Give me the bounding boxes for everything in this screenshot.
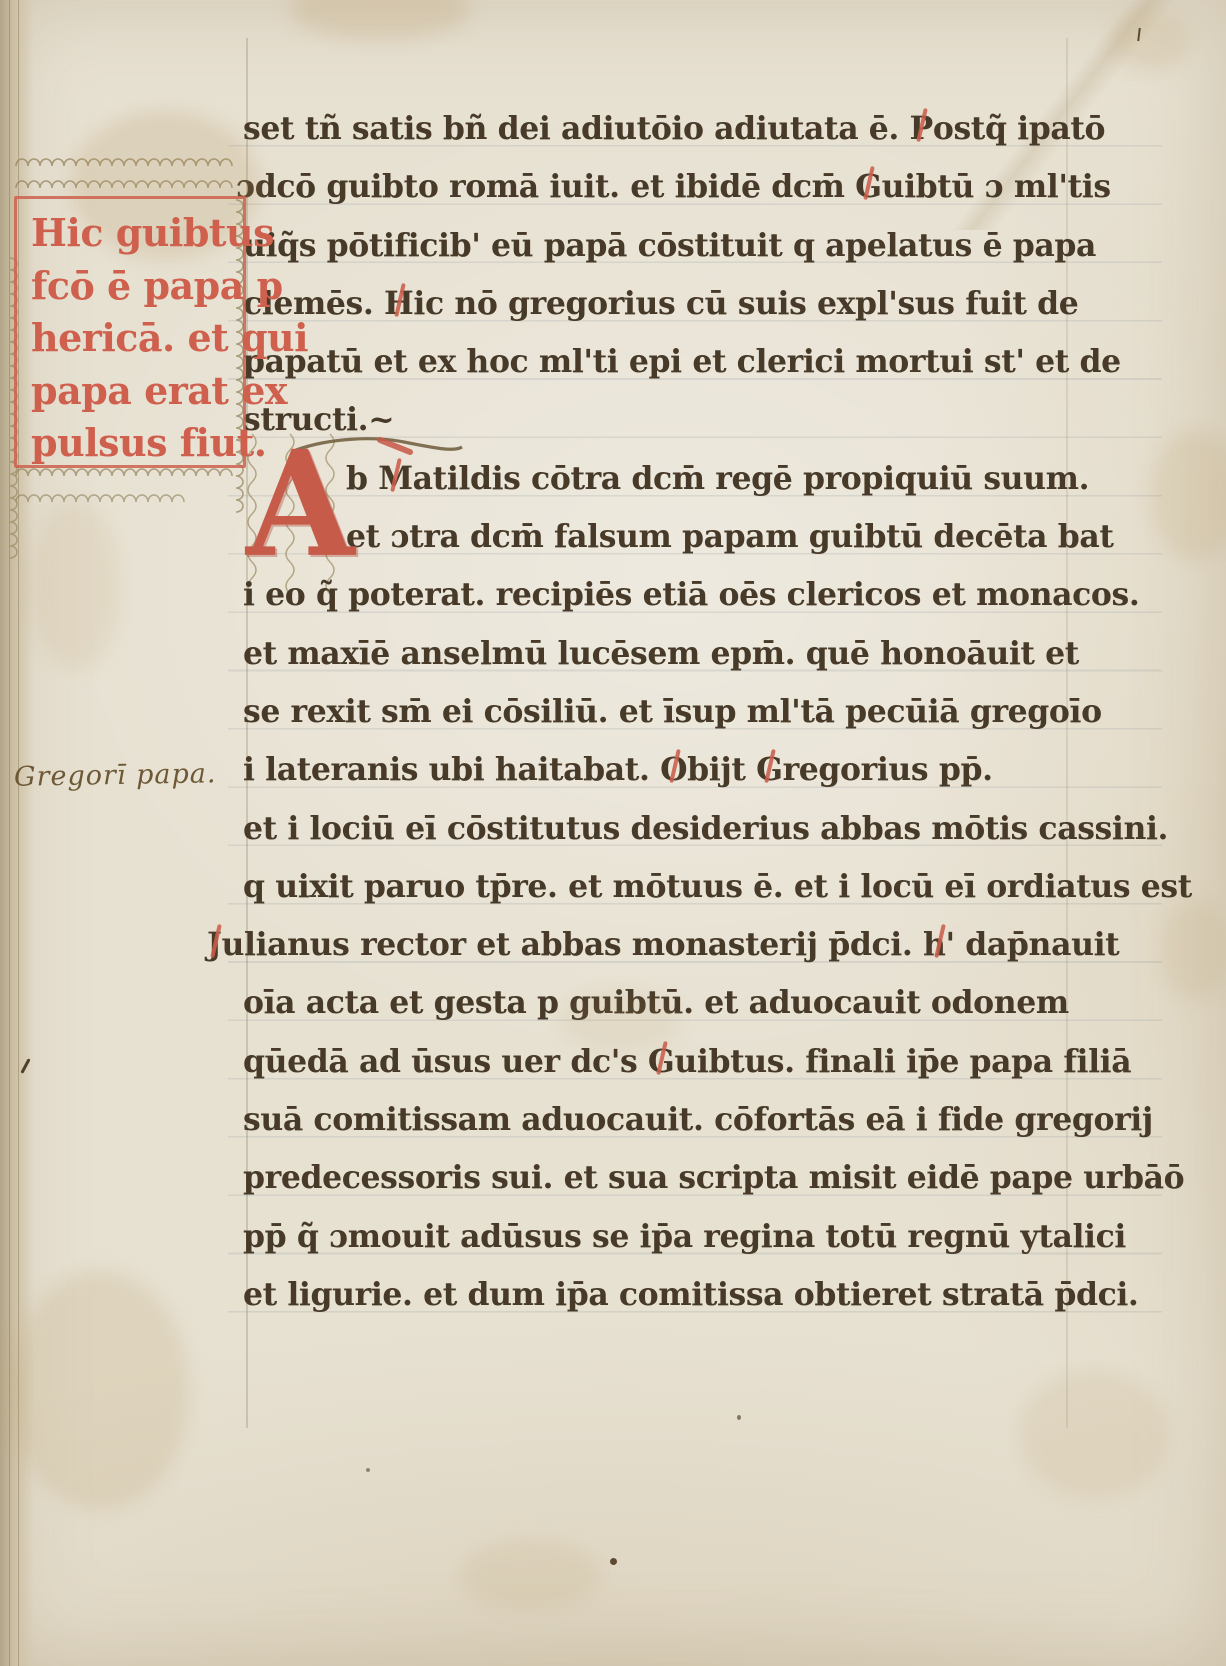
- rubric-line: Hic guibtus: [17, 207, 243, 260]
- rubricated-letter: O: [660, 741, 687, 799]
- rubricated-letter: J: [207, 916, 222, 974]
- rubricated-letter: M: [378, 450, 412, 508]
- rubricated-letter: G: [756, 741, 783, 799]
- parchment-stain: [1020, 1370, 1170, 1500]
- text-line: Julianus rector et abbas monasterij p̄dc…: [207, 916, 1073, 974]
- text-line: se rexit sm̄ ei cōsiliū. et īsup ml'tā p…: [243, 683, 1073, 741]
- rubric-line: papa erat ex: [17, 365, 243, 418]
- text-line: predecessoris sui. et sua scripta misit …: [243, 1149, 1073, 1207]
- manuscript-page: Hic guibtusfcō ē papa phericā. et quipap…: [0, 0, 1226, 1666]
- text-line: set tñ satis bñ dei adiutōio adiutata ē.…: [243, 100, 1073, 158]
- rubricated-letter: h': [923, 916, 955, 974]
- text-line: q uixit paruo tp̄re. et mōtuus ē. et i l…: [243, 858, 1073, 916]
- parchment-stain: [1160, 900, 1226, 1000]
- ink-speck: [366, 1468, 370, 1472]
- rubric-line: hericā. et qui: [17, 312, 243, 365]
- page-edge-line: [9, 0, 10, 1666]
- text-line: pp̄ q̃ ɔmouit adūsus se ip̄a regina totū…: [243, 1208, 1073, 1266]
- text-line: et maxīē anselmū lucēsem epm̄. quē honoā…: [243, 625, 1073, 683]
- text-line: ɔdcō guibto romā iuit. et ibidē dcm̄ Gui…: [236, 158, 1073, 216]
- text-line: et ligurie. et dum ip̄a comitissa obtier…: [243, 1266, 1073, 1324]
- penwork-flourish-bottom: [14, 462, 246, 522]
- text-line: b Matildis cōtra dcm̄ regē propiquiū suu…: [243, 450, 1073, 508]
- parchment-stain: [10, 1270, 190, 1510]
- main-text-block: set tñ satis bñ dei adiutōio adiutata ē.…: [243, 100, 1073, 1324]
- drop-cap-initial: A: [246, 427, 355, 583]
- text-line: uiq̃s pōtificib' eū papā cōstituit q ape…: [243, 217, 1073, 275]
- parchment-stain: [290, 0, 470, 40]
- rubric-line: fcō ē papa p: [17, 260, 243, 313]
- text-line: et ɔtra dcm̄ falsum papam guibtū decēta …: [243, 508, 1073, 566]
- text-line: et i lociū eī cōstitutus desiderius abba…: [243, 800, 1073, 858]
- rubricated-letter: G: [855, 158, 882, 216]
- parchment-stain: [560, 990, 680, 1050]
- margin-note-gregorius: Gregorī papa.: [14, 758, 217, 793]
- text-line: suā comitissam aduocauit. cōfortās eā i …: [243, 1091, 1073, 1149]
- parchment-stain: [1110, 10, 1190, 70]
- text-line: structi.~: [243, 391, 1073, 449]
- parchment-stain: [30, 500, 120, 670]
- rubricated-letter: H: [384, 275, 413, 333]
- parchment-stain: [460, 1540, 600, 1610]
- text-line: papatū et ex hoc ml'ti epi et clerici mo…: [243, 333, 1073, 391]
- text-line: i lateranis ubi haitabat. Obijt Gregoriu…: [243, 741, 1073, 799]
- text-line: i eo q̃ poterat. recipiēs etiā oēs cleri…: [243, 566, 1073, 624]
- marginal-rubric-text: Hic guibtusfcō ē papa phericā. et quipap…: [17, 199, 243, 470]
- marginal-rubric: Hic guibtusfcō ē papa phericā. et quipap…: [14, 196, 246, 468]
- ink-speck: [610, 1558, 617, 1565]
- rubricated-letter: P: [910, 100, 933, 158]
- rubric-line: pulsus fiut.: [17, 417, 243, 470]
- text-line: clemēs. Hic nō gregorius cū suis expl'su…: [243, 275, 1073, 333]
- ink-speck: [737, 1415, 741, 1420]
